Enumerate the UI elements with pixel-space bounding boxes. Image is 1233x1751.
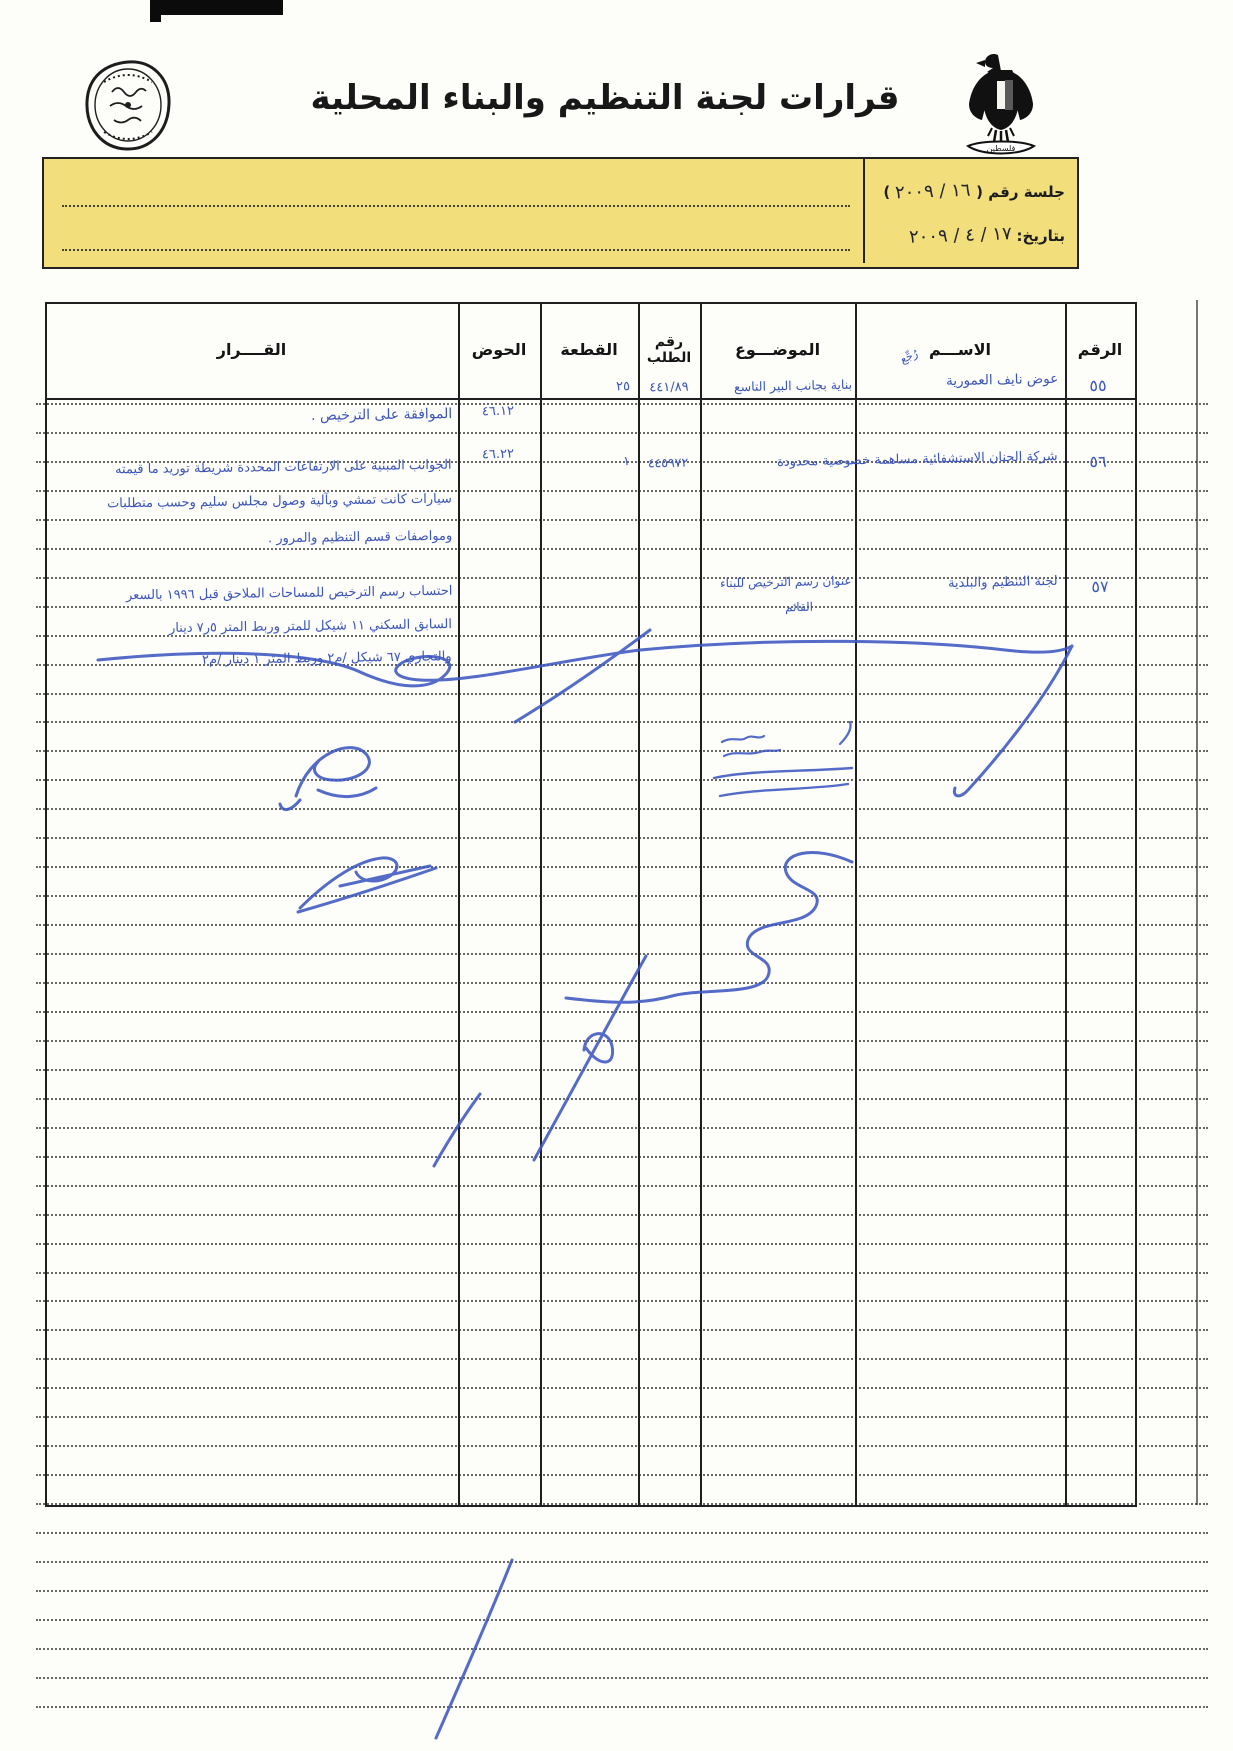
row56-plot: ١ xyxy=(540,454,640,471)
col-header-request-line1: رقم xyxy=(655,334,683,350)
grid-line xyxy=(700,302,702,1505)
row55-basin: ٤٦.١٢ xyxy=(458,403,538,420)
row56-basin: ٤٦.٢٢ xyxy=(458,446,538,463)
grid-line xyxy=(36,1040,1208,1042)
grid-line xyxy=(36,1532,1208,1534)
grid-line xyxy=(36,606,1208,608)
row55-name: عوض نايف العمورية xyxy=(946,371,1059,389)
grid-line xyxy=(36,1127,1208,1129)
grid-line xyxy=(36,895,1208,897)
grid-line xyxy=(36,1300,1208,1302)
grid-line xyxy=(36,1648,1208,1650)
row55-plot: ٢٥ xyxy=(540,379,638,396)
row55-decision-line1: الموافقة على الترخيص . xyxy=(311,406,452,424)
grid-line xyxy=(45,302,47,1505)
grid-line xyxy=(36,1329,1208,1331)
col-header-basin: الحوض xyxy=(458,302,540,398)
grid-line xyxy=(36,837,1208,839)
grid-line xyxy=(45,1505,1137,1507)
table-grid xyxy=(0,0,1233,1751)
grid-line xyxy=(36,1156,1208,1158)
grid-line xyxy=(36,1387,1208,1389)
row55-num: ٥٥ xyxy=(1068,375,1128,395)
grid-line xyxy=(36,982,1208,984)
row56-decision-line3: ومواصفات قسم التنظيم والمرور . xyxy=(268,529,452,547)
grid-line xyxy=(36,1011,1208,1013)
row55-subject: بناية بجانب البير التاسع xyxy=(734,377,852,394)
row56-request-no: ٤٤٥٩٧٢ xyxy=(636,454,700,470)
row57-num: ٥٧ xyxy=(1070,576,1130,596)
grid-line xyxy=(36,1358,1208,1360)
grid-line xyxy=(36,1243,1208,1245)
grid-line xyxy=(36,808,1208,810)
grid-line xyxy=(638,302,640,1505)
grid-line xyxy=(36,548,1208,550)
grid-line xyxy=(540,302,542,1505)
grid-line xyxy=(36,1590,1208,1592)
grid-line xyxy=(36,693,1208,695)
grid-line xyxy=(36,1272,1208,1274)
grid-line xyxy=(1135,302,1137,1505)
grid-line xyxy=(36,953,1208,955)
grid-line xyxy=(36,924,1208,926)
grid-line xyxy=(458,302,460,1505)
grid-line xyxy=(1196,300,1198,1505)
grid-line xyxy=(36,1619,1208,1621)
grid-line xyxy=(36,490,1208,492)
grid-line xyxy=(1065,302,1067,1505)
grid-line xyxy=(36,750,1208,752)
grid-line xyxy=(36,866,1208,868)
scanned-committee-decisions-page: فلسطين قرارات لجنة التنظيم والبناء المحل… xyxy=(0,0,1233,1751)
grid-line xyxy=(855,302,857,1505)
grid-line xyxy=(36,721,1208,723)
grid-line xyxy=(36,1214,1208,1216)
grid-line xyxy=(36,519,1208,521)
grid-line xyxy=(36,1416,1208,1418)
grid-line xyxy=(36,1561,1208,1563)
grid-line xyxy=(36,1474,1208,1476)
grid-line xyxy=(36,1098,1208,1100)
grid-line xyxy=(36,1445,1208,1447)
grid-line xyxy=(36,1185,1208,1187)
grid-line xyxy=(36,432,1208,434)
row57-subject-line2: القائم xyxy=(785,600,813,615)
grid-line xyxy=(36,1706,1208,1708)
grid-line xyxy=(36,779,1208,781)
grid-line xyxy=(36,1069,1208,1071)
col-header-decision: القــــرار xyxy=(45,302,458,398)
grid-line xyxy=(36,403,1208,405)
row57-subject-line1: عنوان رسم الترخيص للبناء xyxy=(720,574,852,591)
row55-request-no: ٤٤١/٨٩ xyxy=(638,379,700,395)
col-header-request-line2: الطلب xyxy=(647,350,691,366)
row57-name: لجنة التنظيم والبلدية xyxy=(948,574,1058,591)
grid-line xyxy=(36,1677,1208,1679)
grid-line xyxy=(45,398,1137,400)
row56-num: ٥٦ xyxy=(1068,451,1128,471)
